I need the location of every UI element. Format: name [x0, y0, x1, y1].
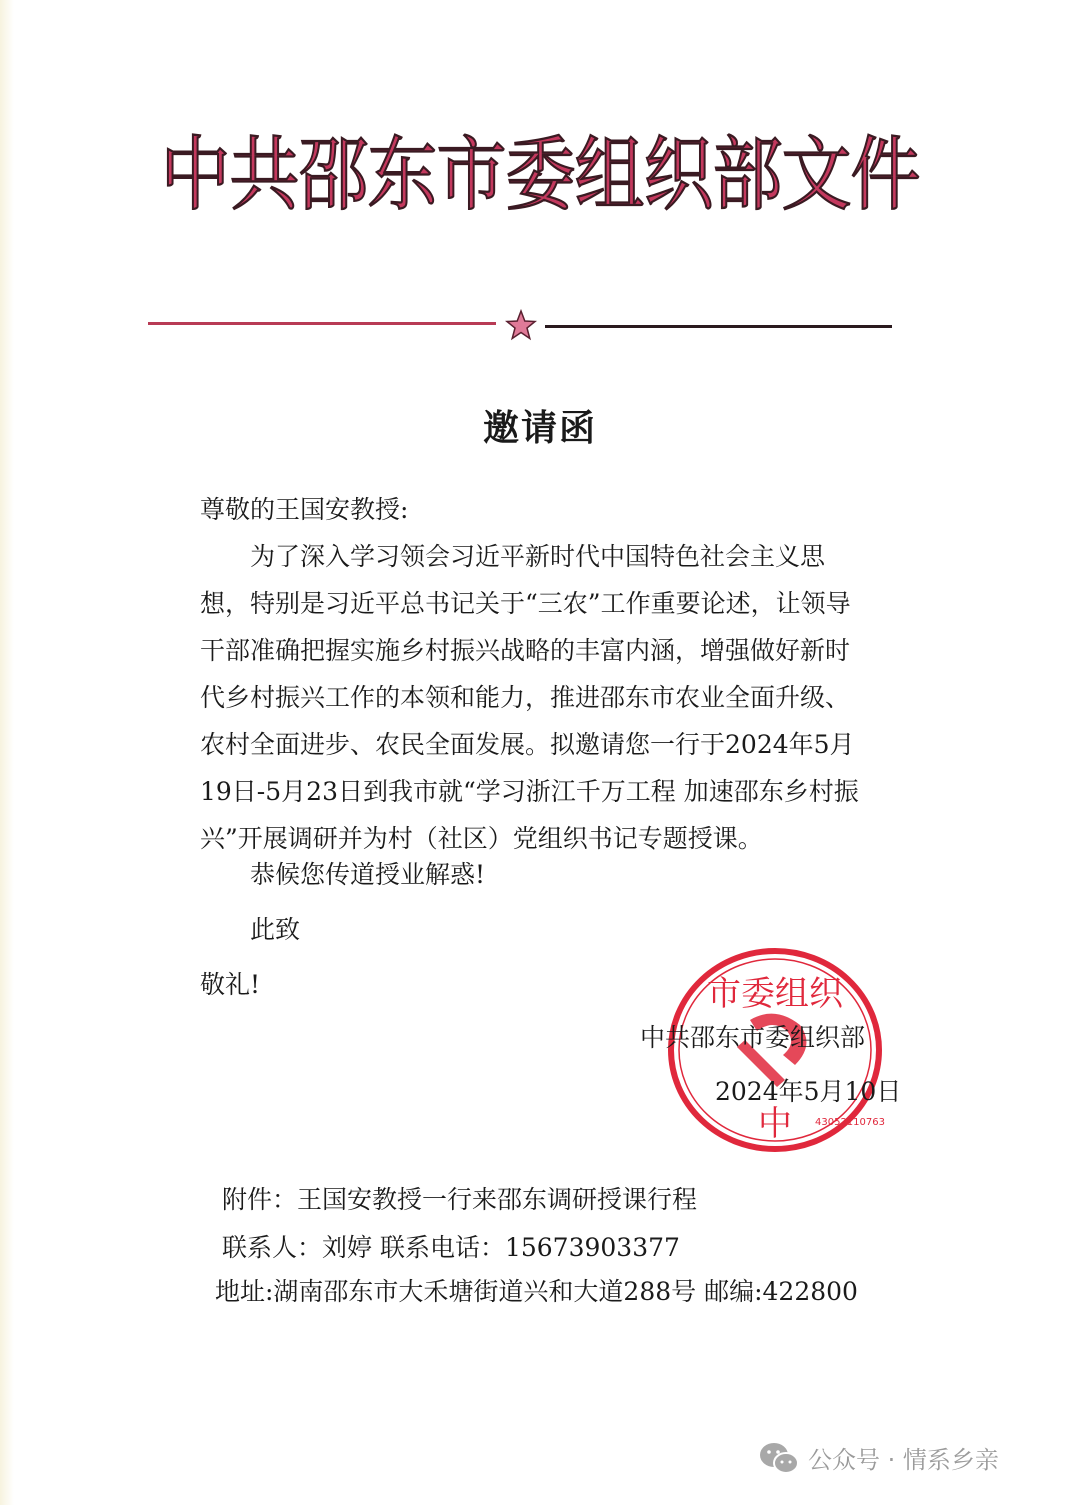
body-paragraph: 为了深入学习领会习近平新时代中国特色社会主义思想，特别是习近平总书记关于“三农”… — [200, 533, 870, 862]
closing-line: 恭候您传道授业解惑! — [250, 855, 485, 891]
document-header-title: 中共邵东市委组织部文件 — [0, 110, 1080, 226]
salutation: 尊敬的王国安教授: — [200, 486, 870, 533]
closing-cizhi: 此致 — [250, 910, 300, 946]
header-divider-left — [148, 322, 496, 325]
attachment-line: 附件：王国安教授一行来邵东调研授课行程 — [222, 1180, 697, 1216]
wechat-icon — [758, 1441, 800, 1475]
svg-text:市委组织: 市委组织 — [707, 974, 844, 1014]
svg-text:中: 中 — [758, 1104, 792, 1144]
closing-jingli: 敬礼! — [200, 965, 260, 1001]
signature-organization: 中共邵东市委组织部 — [640, 1018, 865, 1054]
header-divider-right — [545, 325, 892, 328]
watermark-text: 公众号 · 情系乡亲 — [808, 1440, 999, 1475]
signature-date: 2024年5月10日 — [715, 1072, 901, 1108]
star-icon — [505, 309, 537, 341]
svg-text:430521107630: 430521107630 — [815, 1117, 885, 1128]
contact-line: 联系人：刘婷 联系电话：15673903377 — [222, 1228, 680, 1264]
address-line: 地址:湖南邵东市大禾塘街道兴和大道288号 邮编:422800 — [215, 1272, 858, 1308]
watermark: 公众号 · 情系乡亲 — [758, 1440, 999, 1475]
body-paragraph-text: 为了深入学习领会习近平新时代中国特色社会主义思想，特别是习近平总书记关于“三农”… — [200, 533, 870, 862]
document-title: 邀请函 — [0, 400, 1080, 451]
